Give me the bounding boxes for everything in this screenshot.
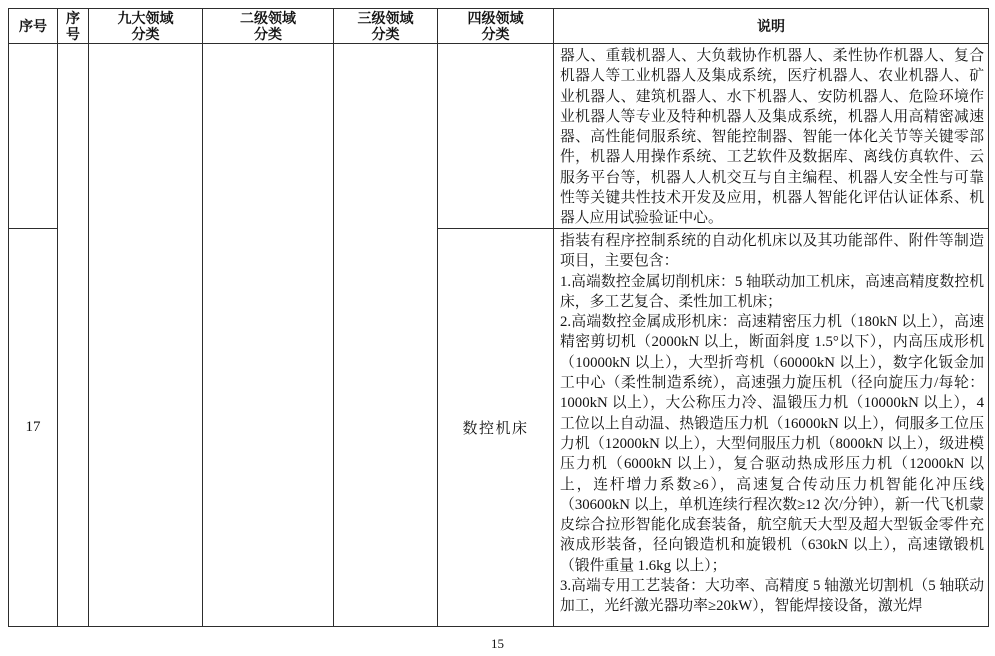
header-sub-seq: 序 号 [58, 9, 89, 44]
page-number: 15 [0, 636, 995, 652]
cell-level3-domain [334, 44, 438, 627]
classification-table: 序号 序 号 九大领域 分类 二级领域 分类 三级领域 分类 四级领域 分类 说… [8, 8, 989, 627]
description-text-cnc-machine-tools: 指装有程序控制系统的自动化机床以及其功能部件、附件等制造项目，主要包含： 1.高… [560, 231, 984, 624]
cell-description-row2: 指装有程序控制系统的自动化机床以及其功能部件、附件等制造项目，主要包含： 1.高… [554, 229, 989, 627]
document-page: 序号 序 号 九大领域 分类 二级领域 分类 三级领域 分类 四级领域 分类 说… [0, 0, 995, 656]
header-level3-domain: 三级领域 分类 [334, 9, 438, 44]
table-header-row: 序号 序 号 九大领域 分类 二级领域 分类 三级领域 分类 四级领域 分类 说… [9, 9, 989, 44]
header-level1-domain: 九大领域 分类 [89, 9, 203, 44]
cell-sub-seq [58, 44, 89, 627]
cell-level4-row2: 数控机床 [438, 229, 554, 627]
description-text-robotics: 器人、重载机器人、大负载协作机器人、柔性协作机器人、复合机器人等工业机器人及集成… [560, 46, 984, 226]
header-description: 说明 [554, 9, 989, 44]
cell-description-row1: 器人、重载机器人、大负载协作机器人、柔性协作机器人、复合机器人等工业机器人及集成… [554, 44, 989, 229]
header-seq: 序号 [9, 9, 58, 44]
cell-level4-row1 [438, 44, 554, 229]
table-row: 器人、重载机器人、大负载协作机器人、柔性协作机器人、复合机器人等工业机器人及集成… [9, 44, 989, 229]
cell-seq-row1 [9, 44, 58, 229]
cell-seq-row2: 17 [9, 229, 58, 627]
header-level4-domain: 四级领域 分类 [438, 9, 554, 44]
cell-level1-domain [89, 44, 203, 627]
header-level2-domain: 二级领域 分类 [203, 9, 334, 44]
cell-level2-domain [203, 44, 334, 627]
